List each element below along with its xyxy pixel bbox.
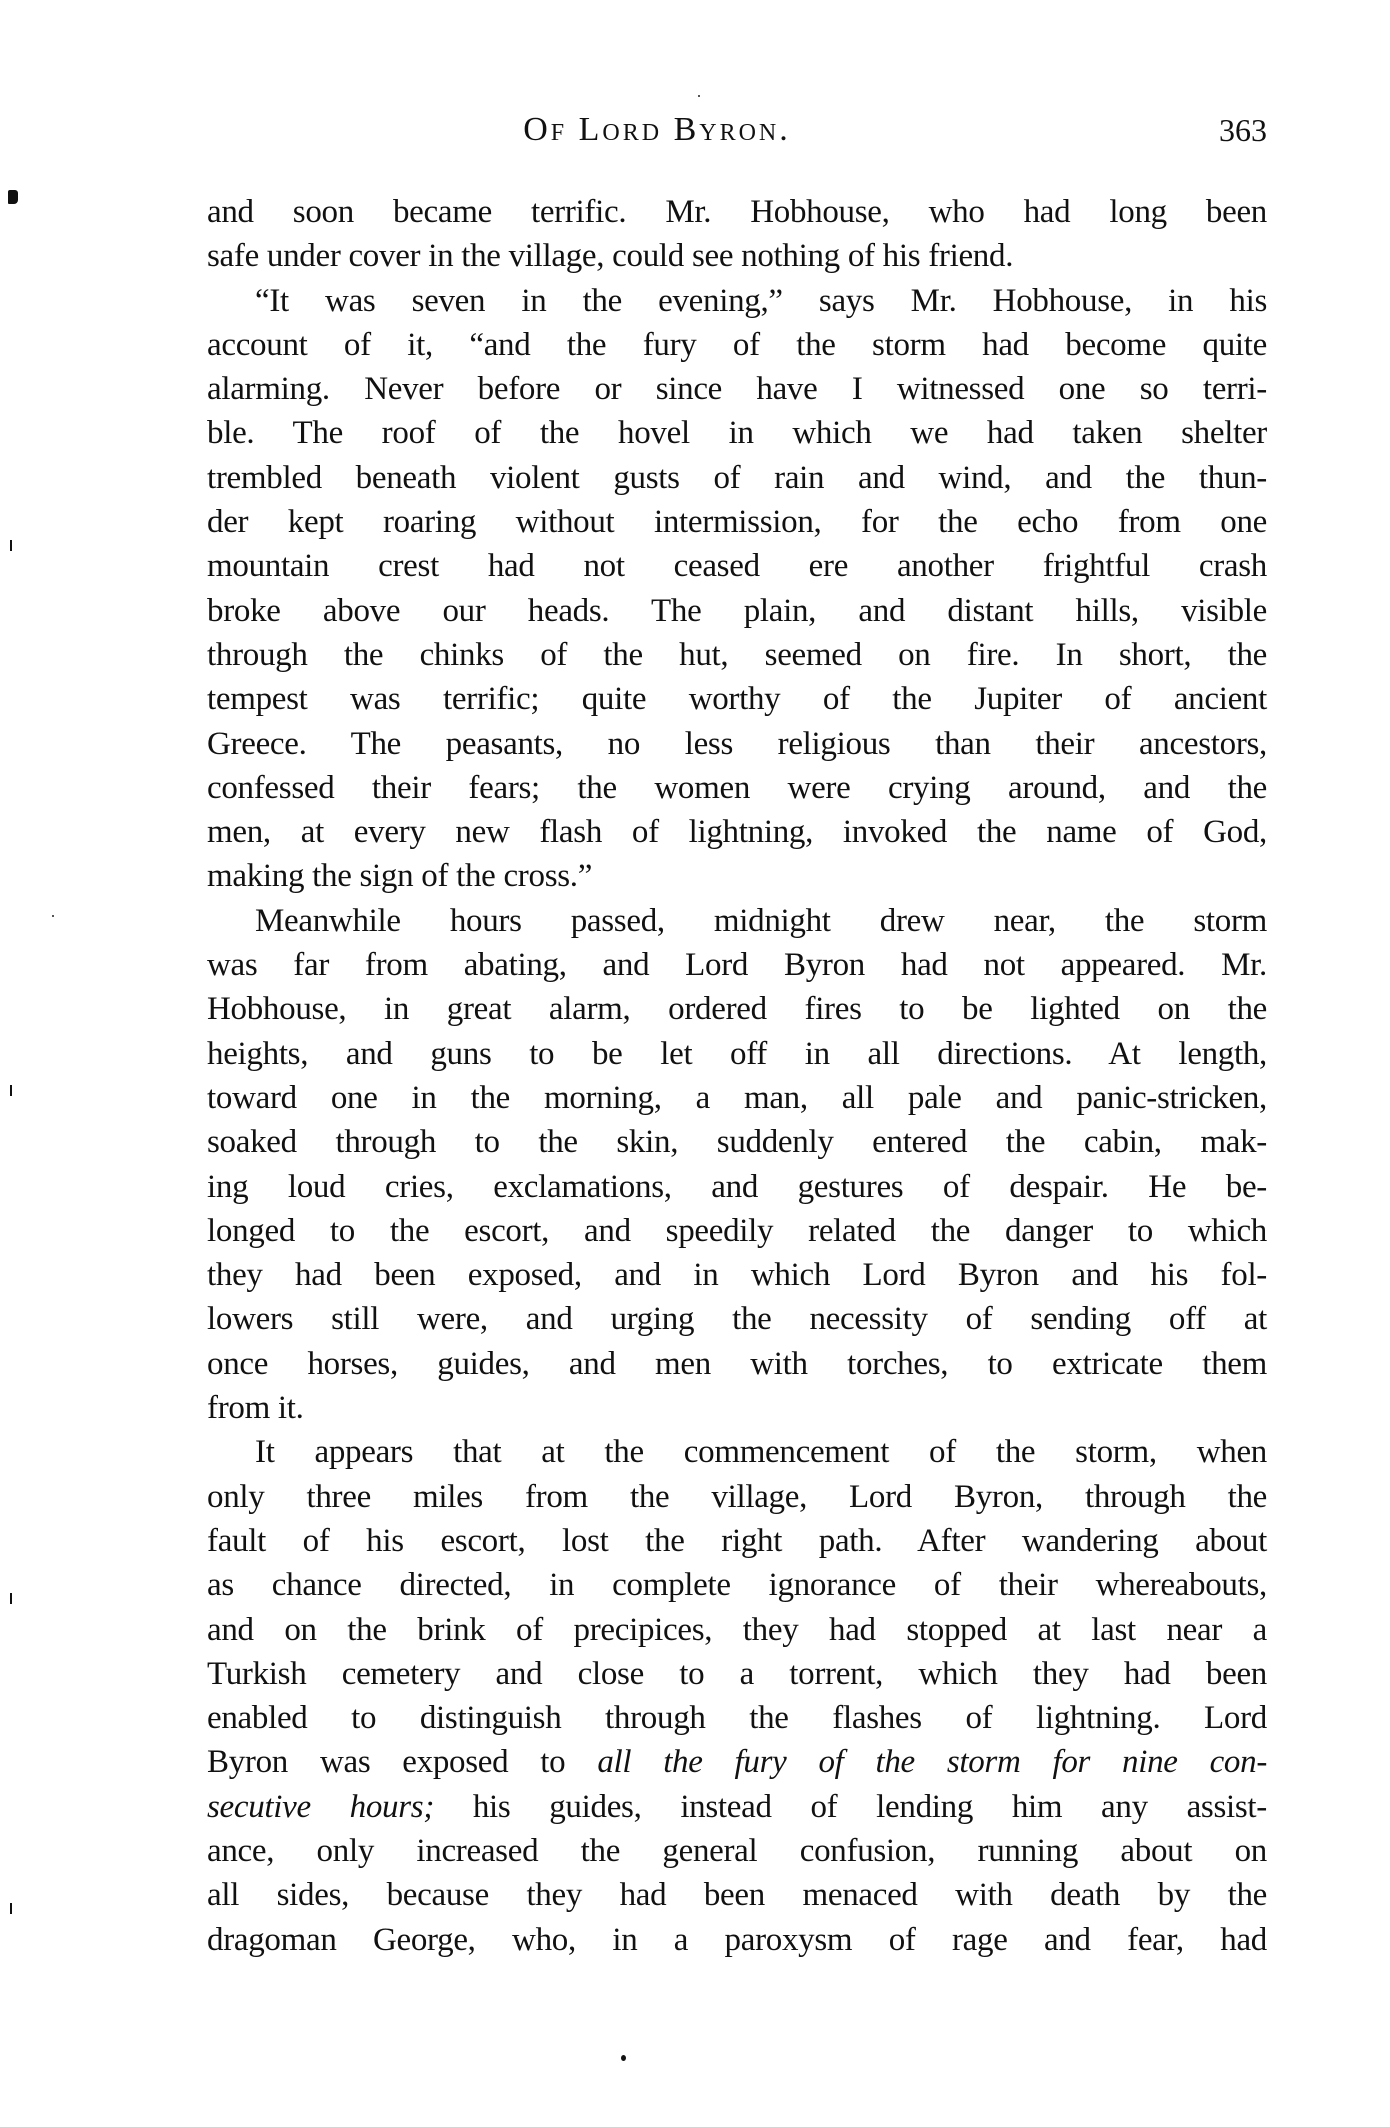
text-line: It appears that at the commencement of t… (207, 1430, 1267, 1474)
text-line: once horses, guides, and men with torche… (207, 1342, 1267, 1386)
text-line: through the chinks of the hut, seemed on… (207, 633, 1267, 677)
text-line: lowers still were, and urging the necess… (207, 1297, 1267, 1341)
text-line: dragoman George, who, in a paroxysm of r… (207, 1918, 1267, 1962)
text-line: only three miles from the village, Lord … (207, 1475, 1267, 1519)
italic-emphasis: secutive hours; (207, 1789, 434, 1825)
text-line: confessed their fears; the women were cr… (207, 766, 1267, 810)
text-line: account of it, “and the fury of the stor… (207, 323, 1267, 367)
text-line-mixed: Byron was exposed to all the fury of the… (207, 1740, 1267, 1784)
margin-tick (10, 1593, 12, 1604)
margin-ink-blob (8, 190, 18, 204)
body-text: and soon became terrific. Mr. Hobhouse, … (207, 190, 1267, 1962)
text-line: ing loud cries, exclamations, and gestur… (207, 1165, 1267, 1209)
text-line: as chance directed, in complete ignoranc… (207, 1563, 1267, 1607)
running-title: Of Lord Byron. (207, 108, 1107, 152)
text-run: his guides, instead of lending him any a… (434, 1789, 1267, 1825)
text-line: mountain crest had not ceased ere anothe… (207, 544, 1267, 588)
text-line: trembled beneath violent gusts of rain a… (207, 456, 1267, 500)
text-line: heights, and guns to be let off in all d… (207, 1032, 1267, 1076)
text-line: and on the brink of precipices, they had… (207, 1608, 1267, 1652)
text-line: longed to the escort, and speedily relat… (207, 1209, 1267, 1253)
text-line: fault of his escort, lost the right path… (207, 1519, 1267, 1563)
text-line: they had been exposed, and in which Lord… (207, 1253, 1267, 1297)
text-line: Greece. The peasants, no less religious … (207, 722, 1267, 766)
book-page: Of Lord Byron. 363 and soon became terri… (0, 0, 1390, 2127)
scan-speck (698, 95, 700, 97)
bottom-ink-dot (621, 2055, 626, 2061)
text-line: ble. The roof of the hovel in which we h… (207, 411, 1267, 455)
scan-speck (52, 915, 54, 917)
text-line: toward one in the morning, a man, all pa… (207, 1076, 1267, 1120)
text-run: Byron was exposed to (207, 1744, 597, 1780)
text-line: “It was seven in the evening,” says Mr. … (207, 279, 1267, 323)
text-line: Turkish cemetery and close to a torrent,… (207, 1652, 1267, 1696)
margin-tick (10, 1085, 12, 1096)
text-line: men, at every new flash of lightning, in… (207, 810, 1267, 854)
text-line: all sides, because they had been menaced… (207, 1873, 1267, 1917)
text-line: and soon became terrific. Mr. Hobhouse, … (207, 190, 1267, 234)
text-line: was far from abating, and Lord Byron had… (207, 943, 1267, 987)
page-number: 363 (1219, 108, 1267, 152)
text-line: der kept roaring without intermission, f… (207, 500, 1267, 544)
text-line: Hobhouse, in great alarm, ordered fires … (207, 987, 1267, 1031)
text-line: soaked through to the skin, suddenly ent… (207, 1120, 1267, 1164)
text-line-mixed: secutive hours; his guides, instead of l… (207, 1785, 1267, 1829)
text-line: ance, only increased the general confusi… (207, 1829, 1267, 1873)
text-line: making the sign of the cross.” (207, 854, 1267, 898)
running-head: Of Lord Byron. 363 (207, 108, 1267, 152)
text-line: Meanwhile hours passed, midnight drew ne… (207, 899, 1267, 943)
text-line: alarming. Never before or since have I w… (207, 367, 1267, 411)
text-line: broke above our heads. The plain, and di… (207, 589, 1267, 633)
italic-emphasis: all the fury of the storm for nine con- (597, 1744, 1267, 1780)
margin-tick (10, 1903, 12, 1914)
text-line: safe under cover in the village, could s… (207, 234, 1267, 278)
text-line: from it. (207, 1386, 1267, 1430)
text-line: tempest was terrific; quite worthy of th… (207, 677, 1267, 721)
text-line: enabled to distinguish through the flash… (207, 1696, 1267, 1740)
margin-tick (10, 540, 12, 551)
